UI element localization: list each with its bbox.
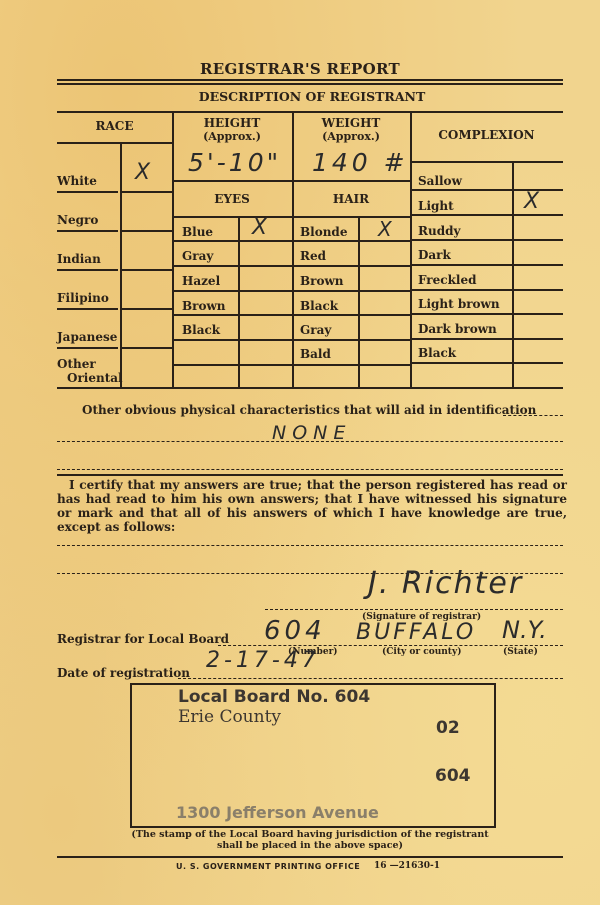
local-board-city[interactable]: BUFFALO [356,620,476,645]
weight-value[interactable]: 140 # [312,148,409,177]
hair-black-label: Black [300,299,338,313]
city-caption: (City or county) [382,647,461,657]
eyes-hazel-label: Hazel [182,274,220,288]
hair-mark-divider [358,218,360,388]
row-rule [294,339,410,341]
row-rule [174,290,292,292]
race-filipino-mark[interactable] [122,273,172,305]
height-sub: (Approx.) [172,130,292,143]
row-rule [57,347,118,349]
complexion-light-mark[interactable]: X [524,189,539,214]
stamp-address: 1300 Jefferson Avenue [176,803,379,822]
row-rule [57,269,118,271]
complexion-sallow-label: Sallow [418,174,462,188]
row-rule [122,269,172,271]
weight-header-text: WEIGHT [292,117,410,130]
race-other-oriental-mark[interactable] [122,351,172,385]
race-filipino-label: Filipino [57,291,109,305]
race-white-mark[interactable]: X [135,160,150,185]
race-other-oriental-label: Other Oriental [57,357,123,385]
stamp-caption: (The stamp of the Local Board having jur… [100,829,520,851]
row-rule [122,308,172,310]
row-rule [412,289,563,291]
local-board-stamp-box: Local Board No. 604 Erie County 02 604 1… [130,683,496,828]
registrar-signature[interactable]: J. Richter [368,566,523,601]
state-caption: (State) [503,647,538,657]
stamp-caption-line: shall be placed in the above space) [100,840,520,851]
page-title: REGISTRAR'S REPORT [0,60,600,78]
table-bottom-rule [57,387,563,389]
row-rule [412,214,563,216]
complexion-freckled-label: Freckled [418,273,476,287]
row-rule [122,230,172,232]
stamp-code-top: 02 [436,718,460,738]
row-rule [294,290,410,292]
eyes-blue-label: Blue [182,225,213,239]
row-rule [174,339,292,341]
row-rule [57,308,118,310]
row-rule [412,189,563,191]
race-negro-label: Negro [57,213,98,227]
row-rule [294,265,410,267]
other-characteristics-label: Other obvious physical characteristics t… [82,403,536,417]
eyes-mark-divider [238,218,240,388]
hair-header-rule [294,216,410,218]
row-rule [57,230,118,232]
local-board-number[interactable]: 604 [264,616,326,646]
row-rule [412,362,563,364]
height-header-text: HEIGHT [172,117,292,130]
eyes-brown-label: Brown [182,299,226,313]
race-negro-mark[interactable] [122,195,172,227]
hair-red-label: Red [300,249,326,263]
complexion-dark-label: Dark [418,248,451,262]
hair-blonde-label: Blonde [300,225,347,239]
section-rule [57,474,563,476]
complexion-dark-brown-label: Dark brown [418,322,497,336]
exceptions-line [57,545,563,546]
title-rule-bottom [57,83,563,85]
label-line: Other [57,357,123,371]
footer-rule [57,856,563,858]
race-indian-label: Indian [57,252,101,266]
stamp-county-line: Erie County [178,707,281,727]
row-rule [174,265,292,267]
row-rule [174,314,292,316]
table-divider [292,113,294,388]
complexion-mark-divider [512,161,514,388]
row-rule [294,364,410,366]
complexion-header-rule [412,161,563,163]
row-rule [122,191,172,193]
eyes-gray-label: Gray [182,249,213,263]
race-japanese-mark[interactable] [122,312,172,344]
hair-header: HAIR [292,193,410,206]
row-rule [174,240,292,242]
registration-date-value[interactable]: 2-17-47 [206,648,320,673]
stamp-board-line: Local Board No. 604 [178,687,370,707]
dotted-line [503,415,563,416]
weight-rule [294,180,410,182]
title-rule-top [57,79,563,81]
row-rule [294,240,410,242]
race-header-rule [57,142,172,144]
registration-date-label: Date of registration [57,666,190,680]
local-board-label: Registrar for Local Board [57,632,229,646]
eyes-header: EYES [172,193,292,206]
dotted-line [178,678,563,679]
height-header: HEIGHT (Approx.) [172,117,292,143]
section-subtitle: DESCRIPTION OF REGISTRANT [57,89,567,104]
row-rule [174,364,292,366]
label-line: Oriental [57,371,123,385]
row-rule [412,338,563,340]
table-divider [172,113,174,388]
hair-bald-label: Bald [300,347,331,361]
stamp-caption-line: (The stamp of the Local Board having jur… [100,829,520,840]
hair-blonde-mark[interactable]: X [378,217,392,241]
dotted-line [57,441,563,442]
race-white-label: White [57,174,97,188]
stamp-code-bottom: 604 [435,766,471,786]
height-value[interactable]: 5'-10" [188,148,281,177]
local-board-state[interactable]: N.Y. [502,616,547,644]
race-indian-mark[interactable] [122,234,172,266]
eyes-header-rule [174,216,292,218]
height-rule [174,180,292,182]
printer-credit: U. S. GOVERNMENT PRINTING OFFICE [176,862,360,871]
signature-line [265,609,563,610]
complexion-black-label: Black [418,346,456,360]
eyes-black-label: Black [182,323,220,337]
weight-header: WEIGHT (Approx.) [292,117,410,143]
eyes-blue-mark[interactable]: X [252,215,267,240]
row-rule [412,264,563,266]
complexion-light-label: Light [418,199,454,213]
complexion-ruddy-label: Ruddy [418,224,460,238]
row-rule [57,191,118,193]
complexion-light-brown-label: Light brown [418,297,500,311]
weight-sub: (Approx.) [292,130,410,143]
hair-gray-label: Gray [300,323,331,337]
form-number: 16 —21630-1 [374,861,440,871]
table-divider [410,113,412,388]
dotted-line [57,469,563,470]
row-rule [412,313,563,315]
registrar-report-card: REGISTRAR'S REPORT DESCRIPTION OF REGIST… [0,0,600,905]
row-rule [294,314,410,316]
complexion-header: COMPLEXION [410,129,563,142]
subtitle-rule [57,111,563,113]
row-rule [412,239,563,241]
hair-brown-label: Brown [300,274,344,288]
certification-text: I certify that my answers are true; that… [57,478,567,534]
race-japanese-label: Japanese [57,330,117,344]
race-header: RACE [57,120,172,133]
row-rule [122,347,172,349]
